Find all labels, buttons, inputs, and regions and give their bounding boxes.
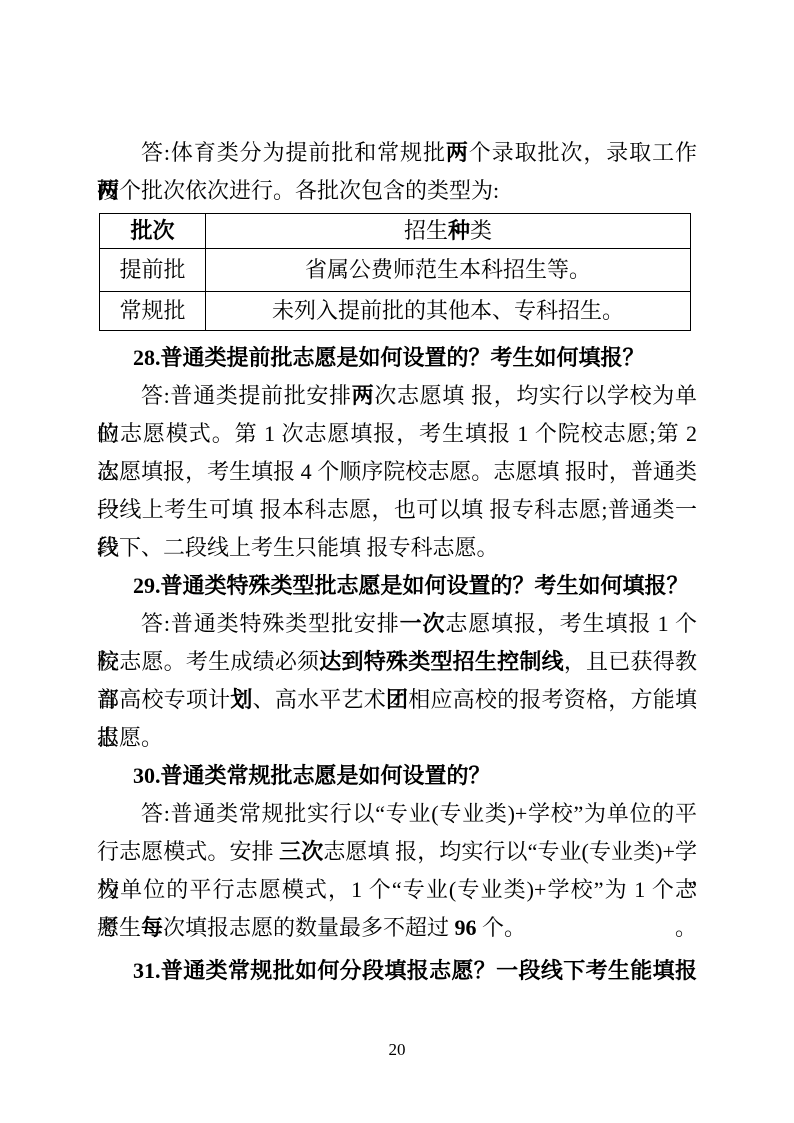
question-28-heading: 28.普通类提前批志愿是如何设置的？考生如何填报？ bbox=[97, 339, 697, 377]
page-number: 20 bbox=[0, 1040, 794, 1060]
table-cell: 提前批 bbox=[100, 249, 206, 292]
text-run: 线下、二段线上考生只能填 报专科志愿。 bbox=[97, 535, 499, 560]
question-31-heading: 31.普通类常规批如何分段填报志愿？一段线下考生能填报 bbox=[97, 952, 697, 990]
bold-text-run: 30.普通类常规批志愿是如何设置的？ bbox=[133, 763, 491, 788]
question-30-heading: 30.普通类常规批志愿是如何设置的？ bbox=[97, 757, 697, 795]
text-line: 30.普通类常规批志愿是如何设置的？ bbox=[97, 757, 697, 795]
text-line: 答:体育类分为提前批和常规批两个录取批次，录取工作按 bbox=[97, 134, 697, 172]
text-run: 志愿。 bbox=[97, 725, 163, 750]
text-line: 线下、二段线上考生只能填 报专科志愿。 bbox=[97, 529, 697, 567]
text-run: 未列入提前批的其他本、专科招生。 bbox=[272, 298, 624, 323]
text-run: 次填报志愿的数量最多不超过 bbox=[163, 915, 455, 940]
text-line: 答:普通类提前批安排两次志愿填 报，均实行以学校为单位 bbox=[97, 377, 697, 415]
table-row: 提前批省属公费师范生本科招生等。 bbox=[100, 249, 691, 292]
question-29-heading: 29.普通类特殊类型批志愿是如何设置的？考生如何填报？ bbox=[97, 567, 697, 605]
bold-text-run: 批次 bbox=[130, 218, 174, 243]
text-run: 行志愿模式。安排 bbox=[97, 839, 279, 864]
text-run: 类 bbox=[470, 218, 492, 243]
answer-29-paragraph: 答:普通类特殊类型批安排一次志愿填报，考生填报 1 个院校志愿。考生成绩必须达到… bbox=[97, 605, 697, 757]
table-cell: 省属公费师范生本科招生等。 bbox=[206, 249, 691, 292]
text-line: 校志愿。考生成绩必须达到特殊类型招生控制线，且已获得教育 bbox=[97, 643, 697, 681]
text-line: 志愿填报，考生填报 4 个顺序院校志愿。志愿填 报时，普通类一 bbox=[97, 453, 697, 491]
bold-text-run: 达到特殊类型招生控制线 bbox=[319, 649, 564, 674]
bold-text-run: 29.普通类特殊类型批志愿是如何设置的？考生如何填报？ bbox=[133, 573, 689, 598]
text-line: 段线上考生可填 报本科志愿，也可以填 报专科志愿;普通类一段 bbox=[97, 491, 697, 529]
bold-text-run: 两 bbox=[97, 178, 119, 203]
bold-text-run: 两 bbox=[352, 383, 375, 408]
table-cell: 招生种类 bbox=[206, 214, 691, 249]
answer-28-paragraph: 答:普通类提前批安排两次志愿填 报，均实行以学校为单位的志愿模式。第 1 次志愿… bbox=[97, 377, 697, 567]
text-run: 个批次依次进行。各批次包含的类型为: bbox=[119, 178, 499, 203]
bold-text-run: 每 bbox=[141, 915, 163, 940]
bold-text-run: 96 bbox=[455, 915, 477, 940]
text-run: 答:普通类提前批安排 bbox=[141, 383, 352, 408]
admission-batch-table: 批次招生种类提前批省属公费师范生本科招生等。常规批未列入提前批的其他本、专科招生… bbox=[99, 213, 691, 331]
table-cell: 未列入提前批的其他本、专科招生。 bbox=[206, 292, 691, 331]
text-run: 答:普通类特殊类型批安排 bbox=[141, 611, 400, 636]
text-line: 两个批次依次进行。各批次包含的类型为: bbox=[97, 172, 697, 210]
bold-text-run: 一次 bbox=[400, 611, 446, 636]
text-run: 答:体育类分为提前批和常规批 bbox=[141, 140, 446, 165]
table-cell: 批次 bbox=[100, 214, 206, 249]
text-line: 部高校专项计划、高水平艺术团相应高校的报考资格，方能填 报 bbox=[97, 681, 697, 719]
bold-text-run: 28.普通类提前批志愿是如何设置的？考生如何填报？ bbox=[133, 345, 645, 370]
text-run: 常规批 bbox=[119, 298, 185, 323]
table-row: 常规批未列入提前批的其他本、专科招生。 bbox=[100, 292, 691, 331]
table-cell: 常规批 bbox=[100, 292, 206, 331]
text-line: 29.普通类特殊类型批志愿是如何设置的？考生如何填报？ bbox=[97, 567, 697, 605]
text-line: 的志愿模式。第 1 次志愿填报，考生填报 1 个院校志愿;第 2 次 bbox=[97, 415, 697, 453]
document-content: 答:体育类分为提前批和常规批两个录取批次，录取工作按两个批次依次进行。各批次包含… bbox=[97, 134, 697, 990]
text-run: 个。 bbox=[477, 915, 527, 940]
text-line: 为单位的平行志愿模式，1 个“专业(专业类)+学校”为 1 个志愿。 bbox=[97, 871, 697, 909]
text-run: 考生 bbox=[97, 915, 141, 940]
text-run: 招生 bbox=[404, 218, 448, 243]
answer-27-paragraph: 答:体育类分为提前批和常规批两个录取批次，录取工作按两个批次依次进行。各批次包含… bbox=[97, 134, 697, 210]
bold-text-run: 三次 bbox=[279, 839, 323, 864]
text-line: 答:普通类特殊类型批安排一次志愿填报，考生填报 1 个院 bbox=[97, 605, 697, 643]
text-run: 提前批 bbox=[119, 257, 185, 282]
text-line: 31.普通类常规批如何分段填报志愿？一段线下考生能填报 bbox=[97, 952, 697, 990]
text-line: 28.普通类提前批志愿是如何设置的？考生如何填报？ bbox=[97, 339, 697, 377]
text-run: 答:普通类常规批实行以“专业(专业类)+学校”为单位的平 bbox=[141, 801, 697, 826]
document-page: 答:体育类分为提前批和常规批两个录取批次，录取工作按两个批次依次进行。各批次包含… bbox=[0, 0, 794, 1123]
text-run: 、高水平艺术 bbox=[253, 687, 386, 712]
text-line: 志愿。 bbox=[97, 719, 697, 757]
bold-text-run: 种 bbox=[448, 218, 470, 243]
bold-text-run: 团 bbox=[386, 687, 408, 712]
text-run: 部高校专项计 bbox=[97, 687, 230, 712]
table-header-row: 批次招生种类 bbox=[100, 214, 691, 249]
bold-text-run: 31.普通类常规批如何分段填报志愿？一段线下考生能填报 bbox=[133, 958, 697, 983]
bold-text-run: 划 bbox=[230, 687, 252, 712]
text-line: 答:普通类常规批实行以“专业(专业类)+学校”为单位的平 bbox=[97, 795, 697, 833]
text-run: 校志愿。考生成绩必须 bbox=[97, 649, 319, 674]
text-line: 行志愿模式。安排 三次志愿填 报，均实行以“专业(专业类)+学校” bbox=[97, 833, 697, 871]
bold-text-run: 两 bbox=[446, 140, 469, 165]
text-run: 省属公费师范生本科招生等。 bbox=[305, 257, 591, 282]
answer-30-paragraph: 答:普通类常规批实行以“专业(专业类)+学校”为单位的平行志愿模式。安排 三次志… bbox=[97, 795, 697, 947]
